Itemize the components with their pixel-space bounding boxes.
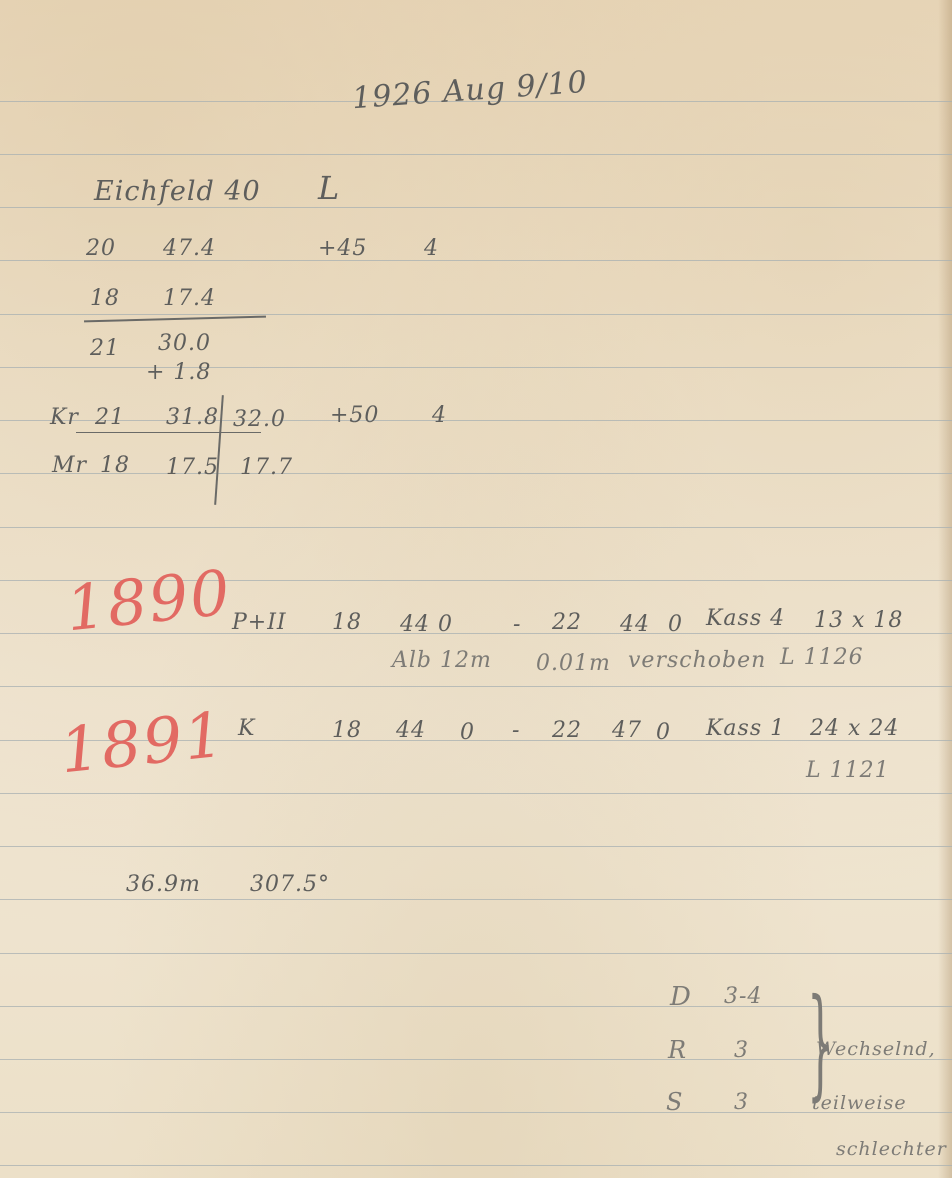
entry-1890-note-1: Alb 12m <box>392 650 492 672</box>
entry-1891-c2: 44 <box>396 720 426 742</box>
entry-1891-dash: - <box>512 720 520 742</box>
ruled-line <box>0 473 952 474</box>
row-kr-b: 31.8 <box>166 407 219 429</box>
row-kr-e: 32.0 <box>233 409 286 431</box>
row-correction: + 1.8 <box>146 362 211 384</box>
row-1-d: 4 <box>424 238 439 260</box>
entry-1891-kass: Kass 1 <box>706 718 785 740</box>
entry-1890-c2: 44 0 <box>400 614 453 636</box>
entry-1890-object: P+II <box>232 612 287 634</box>
entry-1891-c1: 18 <box>332 720 362 742</box>
entry-1891-c4: 22 <box>552 720 582 742</box>
rating-label-d: D <box>670 984 692 1010</box>
row-mr-a: 18 <box>100 455 130 477</box>
row-2-b: 17.4 <box>163 288 216 310</box>
rating-value-s: 3 <box>734 1092 749 1114</box>
row-mr-b: 17.5 <box>166 457 219 479</box>
entry-1890-c3: 22 <box>552 612 582 634</box>
row-kr-d: 4 <box>432 405 447 427</box>
entry-1891-object: K <box>238 718 255 740</box>
section-symbol: L <box>318 172 340 204</box>
entry-1890-note-2: 0.01m <box>536 653 611 675</box>
entry-1891-size: 24 x 24 <box>810 718 899 740</box>
row-kr-label: Kr <box>50 407 79 429</box>
ruled-line <box>0 846 952 847</box>
row-mr-e: 17.7 <box>240 457 293 479</box>
section-title: Eichfeld 40 <box>94 178 261 205</box>
rating-note-line-1: Wechselnd, <box>816 1040 936 1059</box>
ruled-line <box>0 793 952 794</box>
entry-1890-dash: - <box>513 614 521 636</box>
ruled-line <box>0 527 952 528</box>
row-1-c: +45 <box>318 238 367 260</box>
entry-1891-c6: 0 <box>656 722 671 744</box>
row-3-a: 21 <box>90 338 120 360</box>
ruled-line <box>0 314 952 315</box>
ruled-line <box>0 953 952 954</box>
row-kr-underline <box>76 432 261 433</box>
rating-label-r: R <box>668 1038 687 1062</box>
entry-1890-plate: L 1126 <box>780 647 864 669</box>
row-kr-a: 21 <box>95 407 125 429</box>
row-kr-c: +50 <box>330 405 379 427</box>
ruled-line <box>0 686 952 687</box>
rating-value-r: 3 <box>734 1040 749 1062</box>
entry-1890-size: 13 x 18 <box>814 610 903 632</box>
ruled-line <box>0 207 952 208</box>
ruled-line <box>0 367 952 368</box>
rating-value-d: 3-4 <box>724 986 762 1008</box>
entry-1890-c1: 18 <box>332 612 362 634</box>
ruled-line <box>0 154 952 155</box>
row-3-b: 30.0 <box>158 333 211 355</box>
ruled-line <box>0 899 952 900</box>
calc-value-1: 36.9m <box>126 874 201 896</box>
entry-1890-c5: 0 <box>668 614 683 636</box>
ruled-line <box>0 1165 952 1166</box>
row-1-a: 20 <box>86 238 116 260</box>
row-mr-label: Mr <box>52 455 87 477</box>
entry-1891-c5: 47 <box>612 720 642 742</box>
rating-label-s: S <box>666 1090 683 1114</box>
entry-1891-c3: 0 <box>460 722 475 744</box>
rating-note-line-3: schlechter <box>836 1140 947 1159</box>
row-2-a: 18 <box>90 288 120 310</box>
page-edge-shadow <box>938 0 952 1178</box>
calc-value-2: 307.5° <box>250 874 330 896</box>
entry-1890-c4: 44 <box>620 614 650 636</box>
entry-1890-kass: Kass 4 <box>706 608 785 630</box>
entry-1890-note-3: verschoben <box>628 650 766 672</box>
year-1891: 1891 <box>57 704 228 783</box>
entry-1891-plate: L 1121 <box>806 760 890 782</box>
year-1890: 1890 <box>63 562 234 641</box>
ruled-line <box>0 260 952 261</box>
row-1-b: 47.4 <box>163 238 216 260</box>
rating-note-line-2: teilweise <box>812 1094 907 1113</box>
ruled-line <box>0 420 952 421</box>
